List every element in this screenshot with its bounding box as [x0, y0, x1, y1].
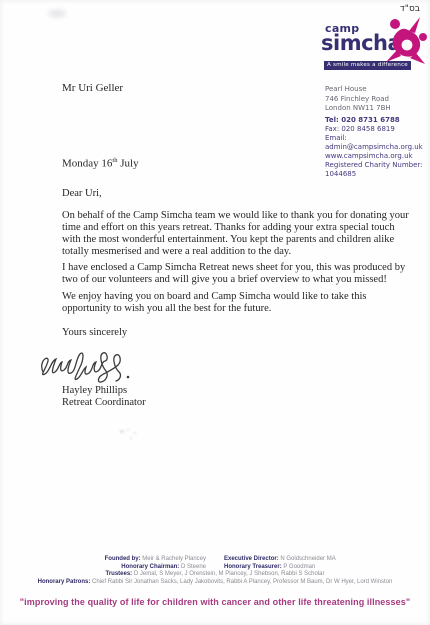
footer-chairman: Honorary Chairman: D Steene — [0, 564, 206, 572]
footer-line-1: Founded by: Meir & Rachely Plancey Execu… — [0, 556, 430, 564]
body-paragraph-2: I have enclosed a Camp Simcha Retreat ne… — [62, 262, 414, 286]
footer-trustees: Trustees: D Jemal, S Meyer, J Orenstein,… — [0, 571, 430, 579]
scan-smudge — [118, 426, 144, 442]
footer-patrons: Honorary Patrons: Chief Rabbi Sir Jonath… — [0, 579, 430, 587]
contact-fax: Fax: 020 8458 6819 — [325, 125, 430, 134]
signatory-title: Retreat Coordinator — [62, 397, 146, 409]
signatory-block: Hayley Phillips Retreat Coordinator — [62, 385, 146, 409]
contact-tel: Tel: 020 8731 6788 — [325, 116, 430, 125]
address-line: 746 Finchley Road — [325, 95, 391, 105]
date-main: Monday 16 — [62, 158, 112, 170]
letterhead-footer: Founded by: Meir & Rachely Plancey Execu… — [0, 556, 430, 586]
contact-charity-number: Registered Charity Number: 1044685 — [325, 161, 430, 179]
footer-treasurer: Honorary Treasurer: P Goodman — [224, 564, 430, 572]
footer-executive-director: Executive Director: N Goldschneider MA — [224, 556, 430, 564]
mission-tagline: "improving the quality of life for child… — [0, 597, 430, 607]
recipient-name: Mr Uri Geller — [62, 82, 123, 94]
address-line: London NW11 7BH — [325, 104, 391, 114]
address-line: Pearl House — [325, 85, 391, 95]
signatory-name: Hayley Phillips — [62, 385, 146, 397]
scan-smudge — [48, 9, 66, 18]
body-paragraph-1: On behalf of the Camp Simcha team we wou… — [62, 210, 414, 258]
handwritten-signature — [34, 346, 150, 388]
contact-email: Email: admin@campsimcha.org.uk — [325, 134, 430, 152]
footer-line-2: Honorary Chairman: D Steene Honorary Tre… — [0, 564, 430, 572]
salutation: Dear Uri, — [62, 188, 102, 199]
closing-line: Yours sincerely — [62, 327, 127, 338]
hebrew-besiyata-mark: בס"ד — [400, 4, 420, 14]
date-tail: July — [117, 158, 138, 170]
camp-simcha-logo: camp simcha A smile makes a difference — [318, 24, 430, 71]
letter-date: Monday 16th July — [62, 157, 139, 170]
contact-website: www.campsimcha.org.uk — [325, 152, 430, 161]
camp-simcha-figure-icon — [384, 16, 430, 66]
sender-contact: Tel: 020 8731 6788 Fax: 020 8458 6819 Em… — [325, 116, 430, 179]
body-paragraph-3: We enjoy having you on board and Camp Si… — [62, 291, 414, 315]
letter-page: בס"ד camp simcha A smile makes a differe… — [0, 0, 430, 625]
footer-founded: Founded by: Meir & Rachely Plancey — [0, 556, 206, 564]
sender-address: Pearl House 746 Finchley Road London NW1… — [325, 85, 391, 114]
